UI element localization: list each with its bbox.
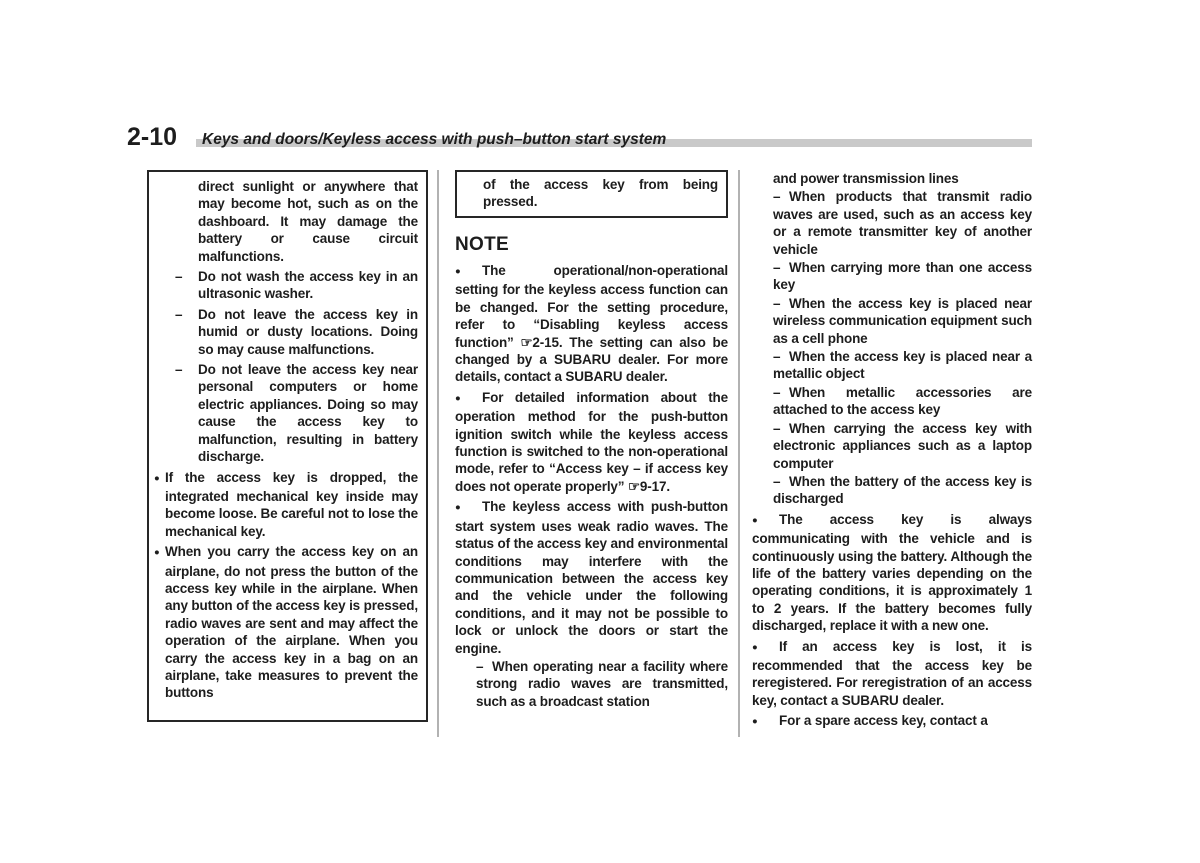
note-dash-item: When the access key is placed near wirel… (773, 295, 1032, 347)
warning-continuation-paragraph: direct sunlight or anywhere that may bec… (198, 178, 418, 265)
warning-bullet-item: If the access key is dropped, the integr… (154, 469, 418, 541)
warning-continuation-box: of the access key from being pressed. (455, 170, 728, 218)
note-bullet-item: For detailed information about the opera… (455, 389, 728, 495)
note-dash-item: When carrying more than one access key (773, 259, 1032, 294)
note-dash-item: When the battery of the access key is di… (773, 473, 1032, 508)
warning-dash-item: Do not leave the access key near persona… (175, 361, 418, 465)
column-2: of the access key from being pressed. NO… (455, 170, 728, 710)
note-bullet-item: If an access key is lost, it is recommen… (752, 638, 1032, 710)
manual-page: 2-10 Keys and doors/Keyless access with … (0, 0, 1200, 863)
warning-bullet-item: When you carry the access key on an airp… (154, 543, 418, 702)
page-number: 2-10 (127, 123, 177, 151)
warning-dash-item: Do not leave the access key in humid or … (175, 306, 418, 358)
note-dash-item: When products that transmit radio waves … (773, 188, 1032, 258)
column-divider (738, 170, 740, 737)
note-bullet-item: The access key is always communicating w… (752, 511, 1032, 635)
note-bullet-item: The operational/non-operational setting … (455, 262, 728, 386)
section-title: Keys and doors/Keyless access with push–… (202, 131, 666, 149)
warning-box: direct sunlight or anywhere that may bec… (147, 170, 428, 722)
note-bullet-item: The keyless access with push-button star… (455, 498, 728, 657)
column-divider (437, 170, 439, 737)
note-dash-item: When operating near a facility where str… (476, 658, 728, 710)
warning-box-continuation-paragraph: of the access key from being pressed. (483, 176, 718, 211)
note-bullet-item: For a spare access key, contact a (752, 712, 1032, 731)
warning-dash-item: Do not wash the access key in an ultraso… (175, 268, 418, 303)
note-dash-item: When metallic accessories are attached t… (773, 384, 1032, 419)
note-heading: NOTE (455, 234, 728, 256)
note-dash-item: When carrying the access key with electr… (773, 420, 1032, 472)
note-dash-item: When the access key is placed near a met… (773, 348, 1032, 383)
column-1: direct sunlight or anywhere that may bec… (147, 170, 428, 722)
column-3: and power transmission lines When produc… (752, 170, 1032, 732)
note-continuation-paragraph: and power transmission lines (773, 170, 1032, 187)
